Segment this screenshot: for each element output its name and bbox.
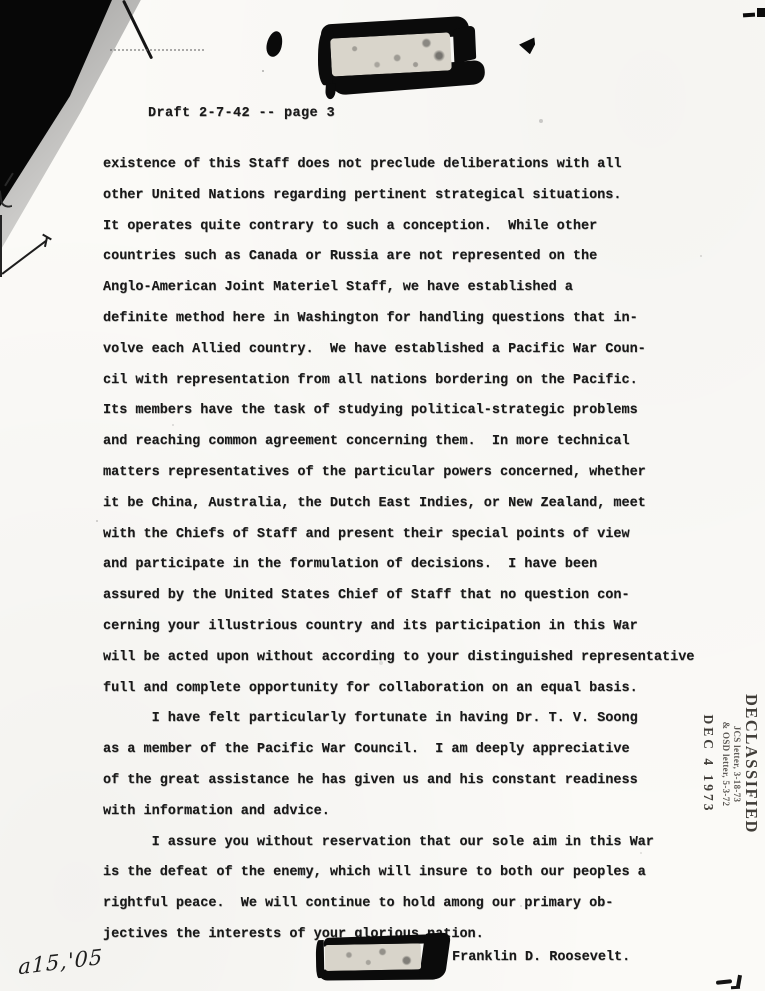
letter-body: existence of this Staff does not preclud… xyxy=(103,150,694,951)
letter-line: with the Chiefs of Staff and present the… xyxy=(103,520,694,551)
letter-line: is the defeat of the enemy, which will i… xyxy=(103,858,694,889)
stamp-title: DECLASSIFIED xyxy=(742,682,760,846)
scan-corner-mark xyxy=(757,8,765,17)
ink-triangle-mark xyxy=(518,36,535,54)
declassified-stamp-text: DECLASSIFIED JCS letter, 3-18-73 & OSD l… xyxy=(680,682,760,846)
stamp-authority-line: JCS letter, 3-18-73 xyxy=(731,682,742,846)
letter-line: and reaching common agreement concerning… xyxy=(103,427,694,458)
letter-line: I assure you without reservation that ou… xyxy=(103,828,694,859)
letter-line: other United Nations regarding pertinent… xyxy=(103,181,694,212)
letter-line: will be acted upon without according to … xyxy=(103,643,694,674)
document-page: Draft 2-7-42 -- page 3 existence of this… xyxy=(0,0,765,991)
redaction-stroke xyxy=(453,25,476,64)
stamp-authority-line: & OSD letter, 5-3-72 xyxy=(720,682,731,846)
letter-line: assured by the United States Chief of St… xyxy=(103,581,694,612)
letter-line: volve each Allied country. We have estab… xyxy=(103,335,694,366)
letter-line: of the great assistance he has given us … xyxy=(103,766,694,797)
letter-line: as a member of the Pacific War Council. … xyxy=(103,735,694,766)
letter-line: it be China, Australia, the Dutch East I… xyxy=(103,489,694,520)
letter-line: Its members have the task of studying po… xyxy=(103,396,694,427)
scan-corner-mark xyxy=(731,986,740,989)
paper-specks xyxy=(0,0,2,2)
letter-line: countries such as Canada or Russia are n… xyxy=(103,242,694,273)
letter-line: full and complete opportunity for collab… xyxy=(103,674,694,705)
letter-line: matters representatives of the particula… xyxy=(103,458,694,489)
redaction-stroke xyxy=(419,933,451,980)
pen-arrow-mark xyxy=(1,239,47,274)
letter-line: with information and advice. xyxy=(103,797,694,828)
letter-line: cerning your illustrious country and its… xyxy=(103,612,694,643)
redaction-blob-top xyxy=(317,16,486,93)
letter-line: and participate in the formulation of de… xyxy=(103,550,694,581)
ink-drop-mark xyxy=(264,30,284,59)
scan-corner-mark xyxy=(743,13,755,18)
letter-line: I have felt particularly fortunate in ha… xyxy=(103,704,694,735)
letter-line: It operates quite contrary to such a con… xyxy=(103,212,694,243)
pen-arrow-head xyxy=(44,237,48,247)
handwritten-note: a15,'05 xyxy=(18,945,103,980)
stamp-date: DEC 4 1973 xyxy=(700,682,716,846)
draft-header: Draft 2-7-42 -- page 3 xyxy=(148,106,335,121)
redaction-smudge xyxy=(330,32,452,76)
letter-line: definite method here in Washington for h… xyxy=(103,304,694,335)
redaction-smudge xyxy=(325,943,421,971)
redaction-stroke xyxy=(325,83,336,100)
letter-line: rightful peace. We will continue to hold… xyxy=(103,889,694,920)
redaction-stroke xyxy=(316,940,325,978)
letter-line: Anglo-American Joint Materiel Staff, we … xyxy=(103,273,694,304)
scan-corner-mark xyxy=(716,979,732,985)
letter-line: cil with representation from all nations… xyxy=(103,366,694,397)
declassified-stamp: DECLASSIFIED JCS letter, 3-18-73 & OSD l… xyxy=(680,682,760,846)
signature: Franklin D. Roosevelt. xyxy=(452,950,630,965)
faint-dotted-line xyxy=(110,49,204,51)
redaction-blob-signature xyxy=(316,935,449,981)
letter-line: existence of this Staff does not preclud… xyxy=(103,150,694,181)
scan-edge-line xyxy=(0,215,2,277)
